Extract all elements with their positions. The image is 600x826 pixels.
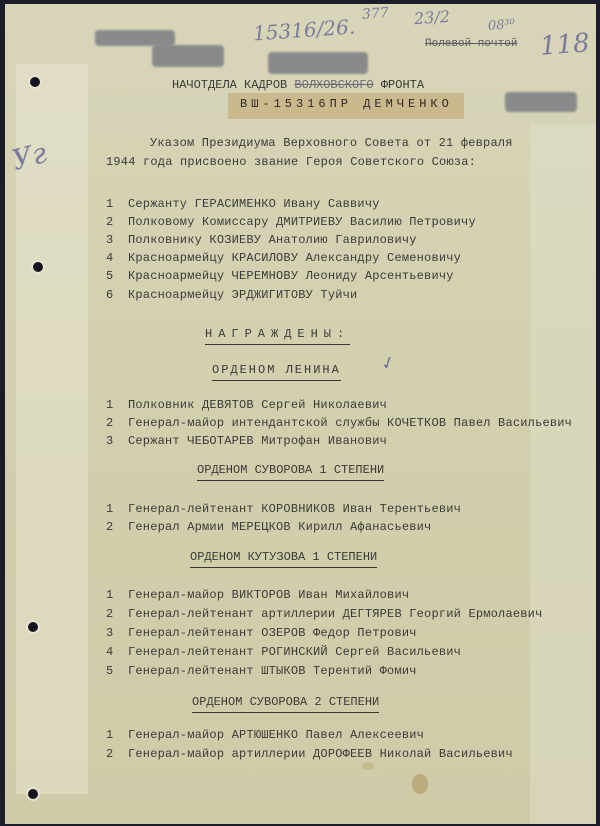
list-item: 4Красноармейцу КРАСИЛОВУ Александру Семе… bbox=[106, 251, 461, 265]
punch-hole bbox=[28, 789, 38, 799]
list-item: 4Генерал-лейтенант РОГИНСКИЙ Сергей Васи… bbox=[106, 645, 461, 659]
handwritten-number-377: 377 bbox=[361, 5, 389, 23]
punch-hole bbox=[33, 262, 43, 272]
list-item: 2Генерал-майор артиллерии ДОРОФЕЕВ Никол… bbox=[106, 747, 513, 761]
list-item: 1Полковник ДЕВЯТОВ Сергей Николаевич bbox=[106, 398, 387, 412]
addressee-suffix: ФРОНТА bbox=[374, 78, 424, 92]
redaction-smudge bbox=[95, 30, 175, 46]
redaction-smudge bbox=[152, 45, 224, 67]
list-item: 1Генерал-майор ВИКТОРОВ Иван Михайлович bbox=[106, 588, 409, 602]
paper-overlay-strip bbox=[530, 124, 596, 824]
list-item: 2Генерал-лейтенант артиллерии ДЕГТЯРЕВ Г… bbox=[106, 607, 542, 621]
struck-note: Полевой почтой bbox=[425, 38, 517, 50]
list-item: 2Генерал-майор интендантской службы КОЧЕ… bbox=[106, 416, 572, 430]
intro-line-2: 1944 года присвоено звание Героя Советск… bbox=[106, 155, 476, 169]
awarded-heading: НАГРАЖДЕНЫ: bbox=[205, 327, 350, 345]
redaction-smudge bbox=[505, 92, 577, 112]
list-item: 5Красноармейцу ЧЕРЕМНОВУ Леониду Арсенть… bbox=[106, 269, 454, 283]
punch-hole bbox=[28, 622, 38, 632]
list-item: 3Полковнику КОЗИЕВУ Анатолию Гавриловичу bbox=[106, 233, 417, 247]
list-item: 3Сержант ЧЕБОТАРЕВ Митрофан Иванович bbox=[106, 434, 387, 448]
addressee-struck: ВОЛХОВСКОГО bbox=[294, 78, 373, 92]
list-item: 1Генерал-лейтенант КОРОВНИКОВ Иван Терен… bbox=[106, 502, 461, 516]
section-title-kutuzov-1st-class: ОРДЕНОМ КУТУЗОВА 1 СТЕПЕНИ bbox=[190, 550, 377, 568]
handwritten-time: 08³⁰ bbox=[488, 17, 516, 34]
section-title-suvorov-1st-class: ОРДЕНОМ СУВОРОВА 1 СТЕПЕНИ bbox=[197, 463, 384, 481]
addressee-line: НАЧОТДЕЛА КАДРОВ ВОЛХОВСКОГО ФРОНТА bbox=[172, 78, 424, 92]
section-title-suvorov-2nd-class: ОРДЕНОМ СУВОРОВА 2 СТЕПЕНИ bbox=[192, 695, 379, 713]
list-item: 3Генерал-лейтенант ОЗЕРОВ Федор Петрович bbox=[106, 626, 417, 640]
list-item: 2Полковому Комиссару ДМИТРИЕВУ Василию П… bbox=[106, 215, 476, 229]
handwritten-date: 23/2 bbox=[413, 7, 450, 28]
redaction-smudge bbox=[268, 52, 368, 74]
paper-stain bbox=[362, 762, 374, 770]
tape-label: ВШ-15316ПР ДЕМЧЕНКО bbox=[240, 97, 453, 111]
list-item: 5Генерал-лейтенант ШТЫКОВ Терентий Фомич bbox=[106, 664, 417, 678]
list-item: 2Генерал Армии МЕРЕЦКОВ Кирилл Афанасьев… bbox=[106, 520, 431, 534]
list-item: 1Генерал-майор АРТЮШЕНКО Павел Алексееви… bbox=[106, 728, 424, 742]
handwritten-page-number: 118 bbox=[539, 28, 591, 61]
list-item: 6Красноармейцу ЭРДЖИГИТОВУ Туйчи bbox=[106, 288, 357, 302]
list-item: 1Сержанту ГЕРАСИМЕНКО Ивану Саввичу bbox=[106, 197, 380, 211]
punch-hole bbox=[30, 77, 40, 87]
section-title-order-of-lenin: ОРДЕНОМ ЛЕНИНА bbox=[212, 363, 341, 381]
intro-line-1: Указом Президиума Верховного Совета от 2… bbox=[150, 136, 513, 150]
addressee-prefix: НАЧОТДЕЛА КАДРОВ bbox=[172, 78, 294, 92]
paper-stain bbox=[412, 774, 428, 794]
